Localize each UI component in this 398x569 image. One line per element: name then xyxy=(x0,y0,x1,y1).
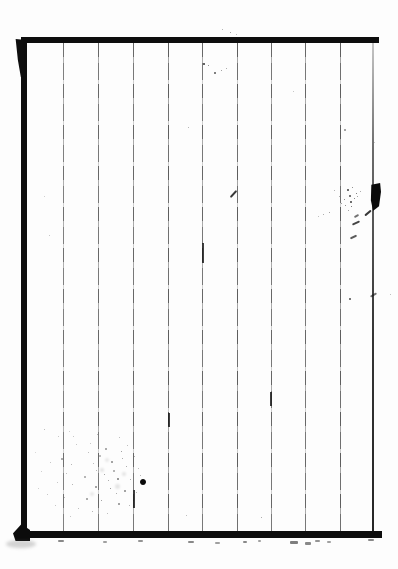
ink-speck xyxy=(323,214,324,215)
edge-smudge-bottom-left xyxy=(6,540,36,548)
ink-speck xyxy=(71,464,72,465)
ink-speck xyxy=(116,493,117,494)
ink-dash xyxy=(352,220,360,225)
ink-speck xyxy=(93,463,94,464)
ink-speck xyxy=(97,434,98,435)
rule-stub xyxy=(133,490,135,508)
prominent-ink-dot xyxy=(140,479,146,485)
column-rule-line xyxy=(237,43,238,531)
paper-smudge xyxy=(90,492,94,496)
ink-speck xyxy=(230,32,231,33)
ink-dash xyxy=(58,540,64,542)
ink-speck xyxy=(203,63,205,65)
ink-speck xyxy=(390,294,391,295)
ink-speck xyxy=(341,203,342,204)
ink-speck xyxy=(78,508,79,509)
ink-speck xyxy=(35,452,36,453)
ink-speck xyxy=(108,480,109,481)
ink-dash xyxy=(315,540,320,542)
ink-speck xyxy=(95,486,97,488)
ink-speck xyxy=(293,91,294,92)
ink-speck xyxy=(138,468,139,469)
ink-dash xyxy=(354,214,359,218)
ink-speck xyxy=(55,505,56,506)
ink-speck xyxy=(129,505,130,506)
ink-dash xyxy=(138,540,143,542)
column-rule-line xyxy=(202,43,203,531)
ink-speck xyxy=(92,511,93,512)
column-rule-line xyxy=(168,43,169,531)
ink-speck xyxy=(188,127,189,128)
ink-speck xyxy=(329,212,330,213)
column-rule-line xyxy=(63,43,64,531)
scan-viewport xyxy=(0,0,398,569)
ink-dash xyxy=(364,210,371,217)
ink-speck xyxy=(107,513,108,514)
ink-speck xyxy=(186,515,187,516)
ink-speck xyxy=(66,473,67,474)
ink-dash xyxy=(350,235,357,240)
ink-speck xyxy=(134,456,135,457)
ink-speck xyxy=(348,210,349,211)
right-rule-line xyxy=(372,43,374,531)
ink-speck xyxy=(50,462,51,463)
ink-speck xyxy=(105,448,107,450)
ink-speck xyxy=(349,195,351,197)
ink-speck xyxy=(318,216,319,217)
paper-smudge xyxy=(122,472,126,476)
rule-stub xyxy=(270,392,272,406)
ink-speck xyxy=(140,475,141,476)
ink-speck xyxy=(72,484,73,485)
ink-speck xyxy=(88,452,89,453)
ink-speck xyxy=(44,196,45,197)
ink-dash xyxy=(305,542,311,545)
ink-speck xyxy=(214,72,216,74)
paper-smudge xyxy=(105,458,109,462)
ink-speck xyxy=(344,199,345,200)
ink-dash xyxy=(215,542,220,544)
ink-speck xyxy=(127,445,128,446)
ink-speck xyxy=(208,65,209,66)
ink-speck xyxy=(38,488,39,489)
ink-speck xyxy=(352,187,353,188)
ink-speck xyxy=(344,129,346,131)
ink-speck xyxy=(349,298,351,300)
ink-speck xyxy=(130,479,131,480)
scanned-book-page xyxy=(0,0,398,569)
ink-speck xyxy=(104,474,105,475)
ink-speck xyxy=(119,437,120,438)
corner-wedge-top-left xyxy=(14,39,25,77)
ink-speck xyxy=(356,193,357,194)
rule-stub xyxy=(168,413,170,427)
ink-speck xyxy=(47,494,48,495)
ink-speck xyxy=(113,470,115,472)
ink-speck xyxy=(70,516,71,517)
ink-speck xyxy=(261,517,262,518)
ink-speck xyxy=(360,191,361,192)
ink-dash xyxy=(368,539,374,541)
column-rule-line xyxy=(271,43,272,531)
ink-speck xyxy=(57,482,58,483)
ink-speck xyxy=(347,189,349,191)
ink-speck xyxy=(345,205,346,206)
paper-smudge xyxy=(100,468,104,472)
ink-speck xyxy=(76,444,77,445)
column-rule-line xyxy=(133,43,134,531)
ink-speck xyxy=(69,431,70,432)
ink-speck xyxy=(117,478,119,480)
ink-speck xyxy=(374,142,375,143)
ink-speck xyxy=(122,458,123,459)
ink-speck xyxy=(126,466,127,467)
ink-speck xyxy=(133,500,134,501)
top-border xyxy=(21,37,379,43)
left-border xyxy=(21,37,27,538)
bottom-border xyxy=(21,531,382,538)
ink-speck xyxy=(58,436,59,437)
ink-speck xyxy=(350,201,352,203)
ink-speck xyxy=(136,492,137,493)
ink-speck xyxy=(110,488,111,489)
ink-speck xyxy=(73,436,74,437)
ink-dash xyxy=(188,541,194,543)
ink-speck xyxy=(236,34,237,35)
ink-speck xyxy=(339,196,340,197)
ink-speck xyxy=(64,497,65,498)
rule-stub xyxy=(202,243,204,263)
ink-speck xyxy=(99,455,101,457)
ink-speck xyxy=(111,461,113,463)
ink-speck xyxy=(96,470,97,471)
ink-speck xyxy=(334,190,335,191)
ink-speck xyxy=(221,70,222,71)
ink-speck xyxy=(49,235,50,236)
ink-dash xyxy=(243,541,247,543)
column-rule-line xyxy=(98,43,99,531)
ink-speck xyxy=(86,498,88,500)
ink-dash xyxy=(290,541,298,544)
ink-speck xyxy=(226,68,227,69)
ink-speck xyxy=(357,196,358,197)
corner-blob-bottom-left xyxy=(13,524,30,541)
ink-dash xyxy=(258,540,261,542)
ink-speck xyxy=(90,443,91,444)
ink-speck xyxy=(354,198,355,199)
ink-speck xyxy=(121,451,122,452)
ink-speck xyxy=(351,206,352,207)
ink-speck xyxy=(118,503,120,505)
ink-speck xyxy=(124,490,126,492)
ink-speck xyxy=(84,476,86,478)
ink-dash xyxy=(327,541,331,543)
column-rule-line xyxy=(305,43,306,531)
ink-speck xyxy=(41,471,42,472)
ink-speck xyxy=(222,29,223,30)
ink-speck xyxy=(61,458,63,460)
ink-speck xyxy=(101,500,102,501)
column-rule-line xyxy=(340,43,341,531)
ink-speck xyxy=(44,429,45,430)
paper-smudge xyxy=(115,484,120,489)
ink-dash xyxy=(103,541,107,543)
